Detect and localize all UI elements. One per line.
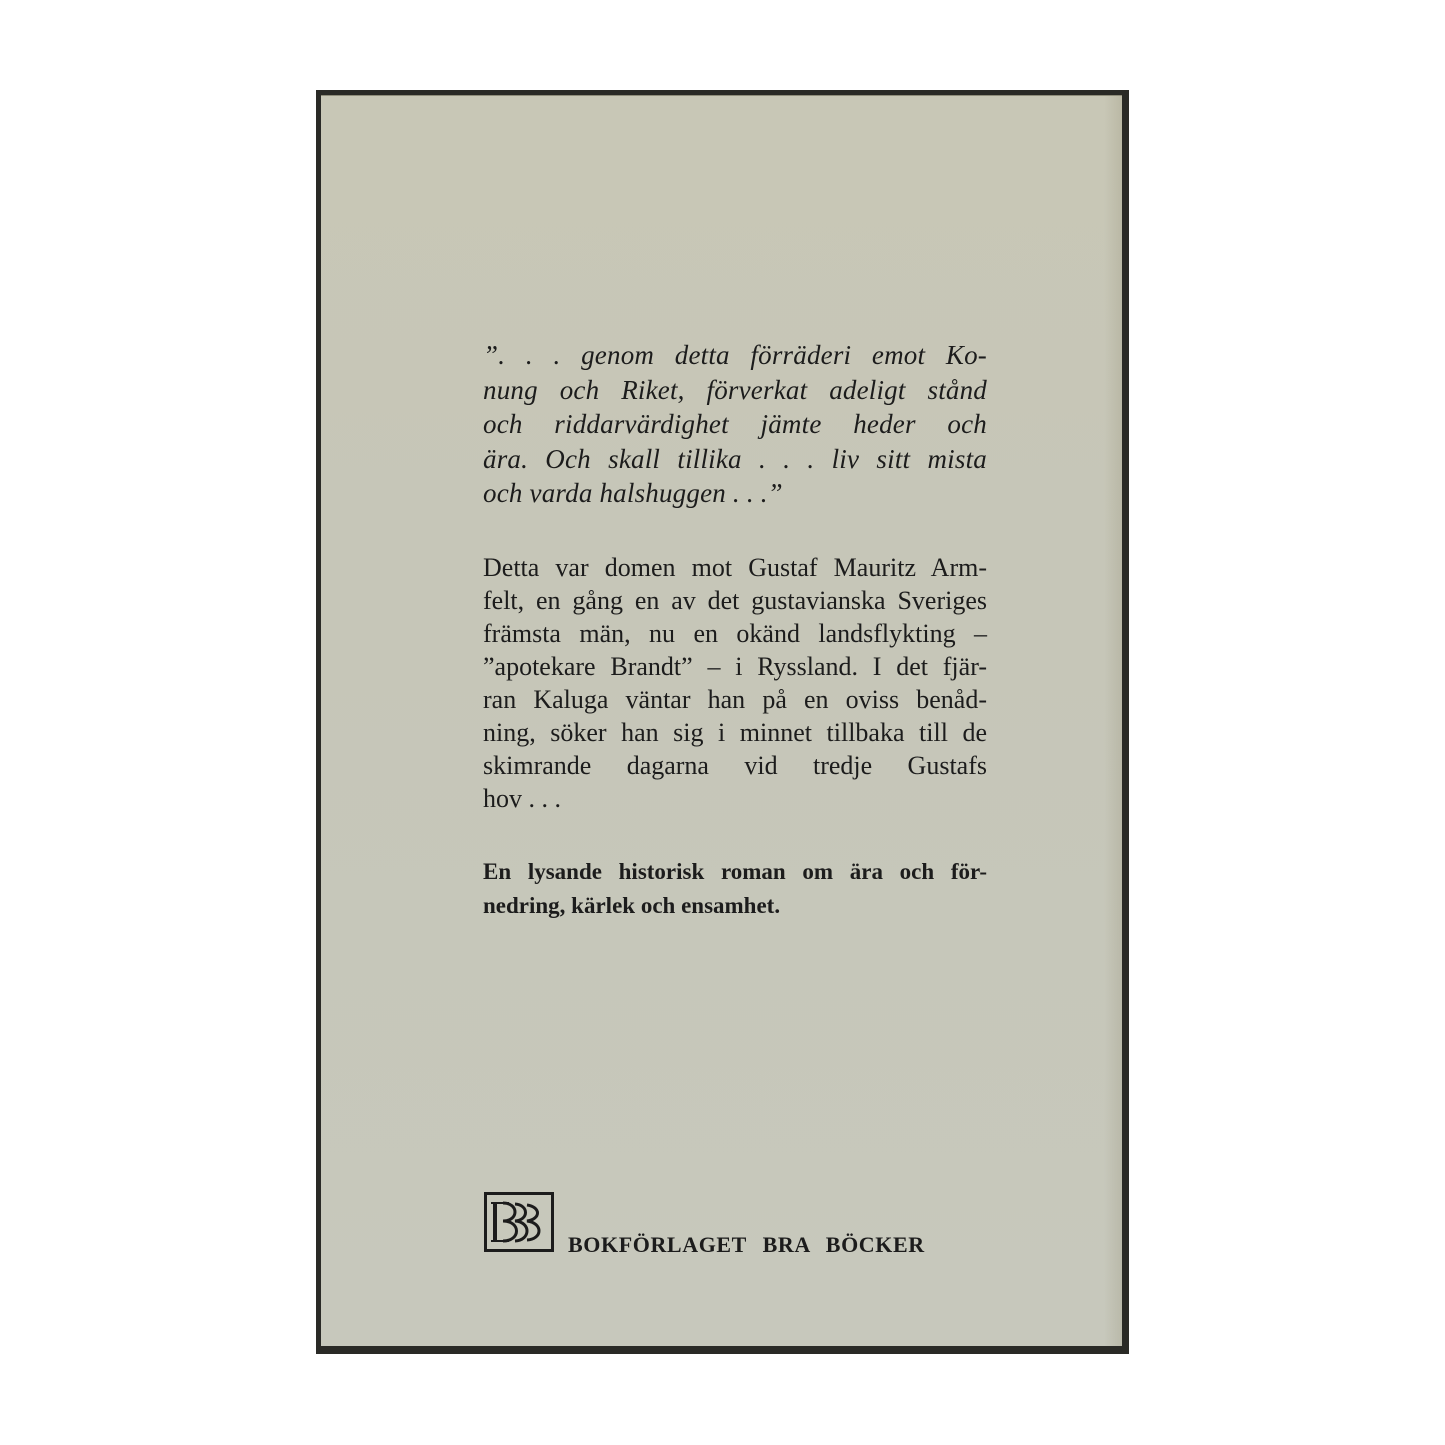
description-paragraph: Detta var domen mot Gustaf Mauritz Arm- … — [483, 551, 987, 815]
tagline-line: nedring, kärlek och ensamhet. — [483, 889, 987, 923]
quote-line: ”. . . genom detta förräderi emot Ko- — [483, 338, 987, 373]
quote-line: ära. Och skall tillika . . . liv sitt mi… — [483, 442, 987, 477]
quote-line: nung och Riket, förverkat adeligt stånd — [483, 373, 987, 408]
cover-surface: ”. . . genom detta förräderi emot Ko- nu… — [321, 95, 1122, 1346]
publisher-name: BOKFÖRLAGET BRA BÖCKER — [568, 1232, 925, 1258]
tagline-line: En lysande historisk roman om ära och fö… — [483, 855, 987, 889]
description-line: Detta var domen mot Gustaf Mauritz Arm- — [483, 551, 987, 584]
description-line: hov . . . — [483, 782, 987, 815]
description-line: ning, söker han sig i minnet tillbaka ti… — [483, 716, 987, 749]
description-line: ran Kaluga väntar han på en oviss benåd- — [483, 683, 987, 716]
description-line: felt, en gång en av det gustavianska Sve… — [483, 584, 987, 617]
quote-line: och varda halshuggen . . .” — [483, 476, 987, 511]
tagline: En lysande historisk roman om ära och fö… — [483, 855, 987, 923]
quote-line: och riddarvärdighet jämte heder och — [483, 407, 987, 442]
description-line: främsta män, nu en okänd landsflykting – — [483, 617, 987, 650]
publisher-imprint: BOKFÖRLAGET BRA BÖCKER — [484, 1192, 925, 1252]
book-back-cover: ”. . . genom detta förräderi emot Ko- nu… — [316, 90, 1129, 1354]
cover-text-block: ”. . . genom detta förräderi emot Ko- nu… — [483, 338, 987, 923]
verdict-quote: ”. . . genom detta förräderi emot Ko- nu… — [483, 338, 987, 511]
description-line: ”apotekare Brandt” – i Ryssland. I det f… — [483, 650, 987, 683]
description-line: skimrande dagarna vid tredje Gustafs — [483, 749, 987, 782]
bb-publisher-logo-icon — [484, 1192, 554, 1252]
